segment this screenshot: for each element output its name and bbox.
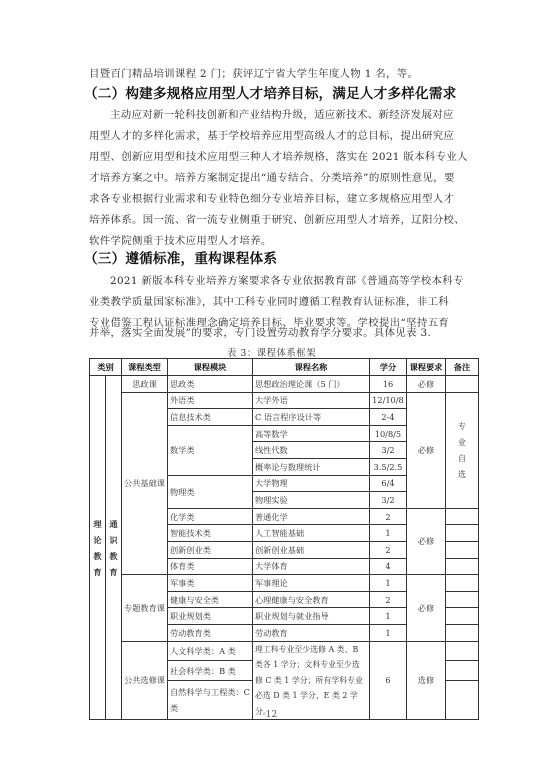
credit: 2 bbox=[369, 591, 406, 608]
header-category: 类别 bbox=[90, 359, 122, 376]
table-header-row: 类别 课程类型 课程模块 课程名称 学分 课程要求 备注 bbox=[90, 359, 479, 376]
remark bbox=[445, 558, 478, 575]
module: 军事类 bbox=[167, 575, 252, 592]
course-name: 大学体育 bbox=[252, 558, 369, 575]
module: 物理类 bbox=[167, 475, 252, 508]
credit: 3/2 bbox=[369, 442, 406, 459]
paragraph-line: 目暨百门精品培训课程 2 门；获评辽宁省大学生年度人物 1 名，等。 bbox=[89, 67, 473, 81]
paragraph-line: 并举，落实全面发展”的要求，专门设置劳动教育学分要求。具体见表 3. bbox=[89, 326, 473, 340]
remark bbox=[445, 624, 478, 641]
page-number: 12 bbox=[0, 710, 543, 720]
category-general-education: 通识教育 bbox=[106, 376, 122, 720]
credit: 1 bbox=[369, 608, 406, 625]
document-page: 目暨百门精品培训课程 2 门；获评辽宁省大学生年度人物 1 名，等。 （二）构建… bbox=[0, 0, 543, 768]
course-name: 军事理论 bbox=[252, 575, 369, 592]
course-name: 理工科专业至少选修 A 类、B 类各 1 学分；文科专业至少选修 C 类 1 学… bbox=[252, 641, 369, 720]
module: 信息技术类 bbox=[167, 409, 252, 426]
category-theory-education: 理论教育 bbox=[90, 376, 106, 720]
paragraph-line: 2021 新版本科专业培养方案要求各专业依据教育部《普通高等学校本科专 bbox=[110, 274, 473, 288]
table-row: 专题教育课 军事类 军事理论 1 必修 bbox=[90, 575, 479, 592]
course-name: 物理实验 bbox=[252, 492, 369, 509]
course-name: C 语言程序设计等 bbox=[252, 409, 369, 426]
course-type: 专题教育课 bbox=[122, 575, 168, 641]
course-name: 高等数学 bbox=[252, 425, 369, 442]
course-name: 人工智能基础 bbox=[252, 525, 369, 542]
module: 体育类 bbox=[167, 558, 252, 575]
course-name: 普通化学 bbox=[252, 508, 369, 525]
paragraph-line: 用型人才的多样化需求，基于学校培养应用型高级人才的总目标，提出研究应 bbox=[89, 129, 473, 143]
table-row: 理论教育 通识教育 思政课 思政类 思想政治理论课（5 门） 16 必修 bbox=[90, 376, 479, 393]
module: 智能技术类 bbox=[167, 525, 252, 542]
header-remark: 备注 bbox=[445, 359, 478, 376]
course-name: 劳动教育 bbox=[252, 624, 369, 641]
module: 社会科学类：B 类 bbox=[167, 661, 252, 681]
credit: 1 bbox=[369, 575, 406, 592]
paragraph-line: 业类教学质量国家标准》，其中工科专业同时遵循工程教育认证标准，非工科 bbox=[89, 295, 473, 309]
paragraph-line: 用型、创新应用型和技术应用型三种人才培养规格，落实在 2021 版本科专业人 bbox=[89, 150, 473, 164]
remark bbox=[445, 661, 478, 681]
module: 数学类 bbox=[167, 425, 252, 475]
module: 外语类 bbox=[167, 392, 252, 409]
paragraph-line: 主动应对新一轮科技创新和产业结构升级，适应新技术、新经济发展对应 bbox=[110, 108, 473, 122]
requirement: 必修 bbox=[406, 575, 445, 641]
requirement: 选修 bbox=[406, 641, 445, 720]
module: 化学类 bbox=[167, 508, 252, 525]
credit: 1 bbox=[369, 624, 406, 641]
paragraph-line: 培养体系。国一流、省一流专业侧重于研究、创新应用型人才培养，辽阳分校、 bbox=[89, 213, 473, 227]
remark bbox=[445, 525, 478, 542]
table-row: 公共基础课 外语类 大学外语 12/10/8 必修 专业自选 bbox=[90, 392, 479, 409]
credit: 2 bbox=[369, 541, 406, 558]
header-module: 课程模块 bbox=[167, 359, 252, 376]
paragraph-line: 才培养方案之中。培养方案制定提出“通专结合、分类培养”的原则性意见，要 bbox=[89, 171, 473, 185]
credit: 6 bbox=[369, 641, 406, 720]
paragraph-line: 软件学院侧重于技术应用型人才培养。 bbox=[89, 234, 473, 248]
paragraph-line: 求各专业根据行业需求和专业特色细分专业培养目标，建立多规格应用型人才 bbox=[89, 192, 473, 206]
module: 创新创业类 bbox=[167, 541, 252, 558]
credit: 2-4 bbox=[369, 409, 406, 426]
course-name: 职业规划与就业指导 bbox=[252, 608, 369, 625]
remark bbox=[445, 591, 478, 608]
header-requirement: 课程要求 bbox=[406, 359, 445, 376]
course-name: 思想政治理论课（5 门） bbox=[252, 376, 369, 393]
header-course-name: 课程名称 bbox=[252, 359, 369, 376]
module: 职业规划类 bbox=[167, 608, 252, 625]
credit: 16 bbox=[369, 376, 406, 393]
course-name: 创新创业基础 bbox=[252, 541, 369, 558]
course-type: 思政课 bbox=[122, 376, 168, 393]
credit: 10/8/5 bbox=[369, 425, 406, 442]
module: 健康与安全类 bbox=[167, 591, 252, 608]
remark: 专业自选 bbox=[445, 392, 478, 508]
header-course-type: 课程类型 bbox=[122, 359, 168, 376]
table-caption: 表 3：课程体系框架 bbox=[0, 345, 543, 359]
credit: 2 bbox=[369, 508, 406, 525]
header-credit: 学分 bbox=[369, 359, 406, 376]
requirement: 必修 bbox=[406, 392, 445, 508]
section-heading-2: （二）构建多规格应用型人才培养目标，满足人才多样化需求 bbox=[84, 85, 456, 103]
requirement: 必修 bbox=[406, 508, 445, 574]
course-name: 心理健康与安全教育 bbox=[252, 591, 369, 608]
credit: 4 bbox=[369, 558, 406, 575]
module: 人文科学类：A 类 bbox=[167, 641, 252, 661]
credit: 1 bbox=[369, 525, 406, 542]
requirement: 必修 bbox=[406, 376, 445, 393]
remark bbox=[445, 376, 478, 393]
remark bbox=[445, 641, 478, 661]
curriculum-table: 类别 课程类型 课程模块 课程名称 学分 课程要求 备注 理论教育 通识教育 思… bbox=[89, 358, 479, 720]
section-heading-3: （三）遵循标准，重构课程体系 bbox=[84, 250, 277, 268]
course-name: 概率论与数理统计 bbox=[252, 458, 369, 475]
course-type: 公共选修课 bbox=[122, 641, 168, 720]
course-name: 大学物理 bbox=[252, 475, 369, 492]
module: 思政类 bbox=[167, 376, 252, 393]
remark bbox=[445, 541, 478, 558]
remark bbox=[445, 575, 478, 592]
remark bbox=[445, 608, 478, 625]
course-name: 线性代数 bbox=[252, 442, 369, 459]
table-row: 公共选修课 人文科学类：A 类 理工科专业至少选修 A 类、B 类各 1 学分；… bbox=[90, 641, 479, 661]
remark bbox=[445, 508, 478, 525]
credit: 3.5/2.5 bbox=[369, 458, 406, 475]
course-name: 大学外语 bbox=[252, 392, 369, 409]
credit: 3/2 bbox=[369, 492, 406, 509]
credit: 12/10/8 bbox=[369, 392, 406, 409]
module: 劳动教育类 bbox=[167, 624, 252, 641]
course-type: 公共基础课 bbox=[122, 392, 168, 575]
credit: 6/4 bbox=[369, 475, 406, 492]
